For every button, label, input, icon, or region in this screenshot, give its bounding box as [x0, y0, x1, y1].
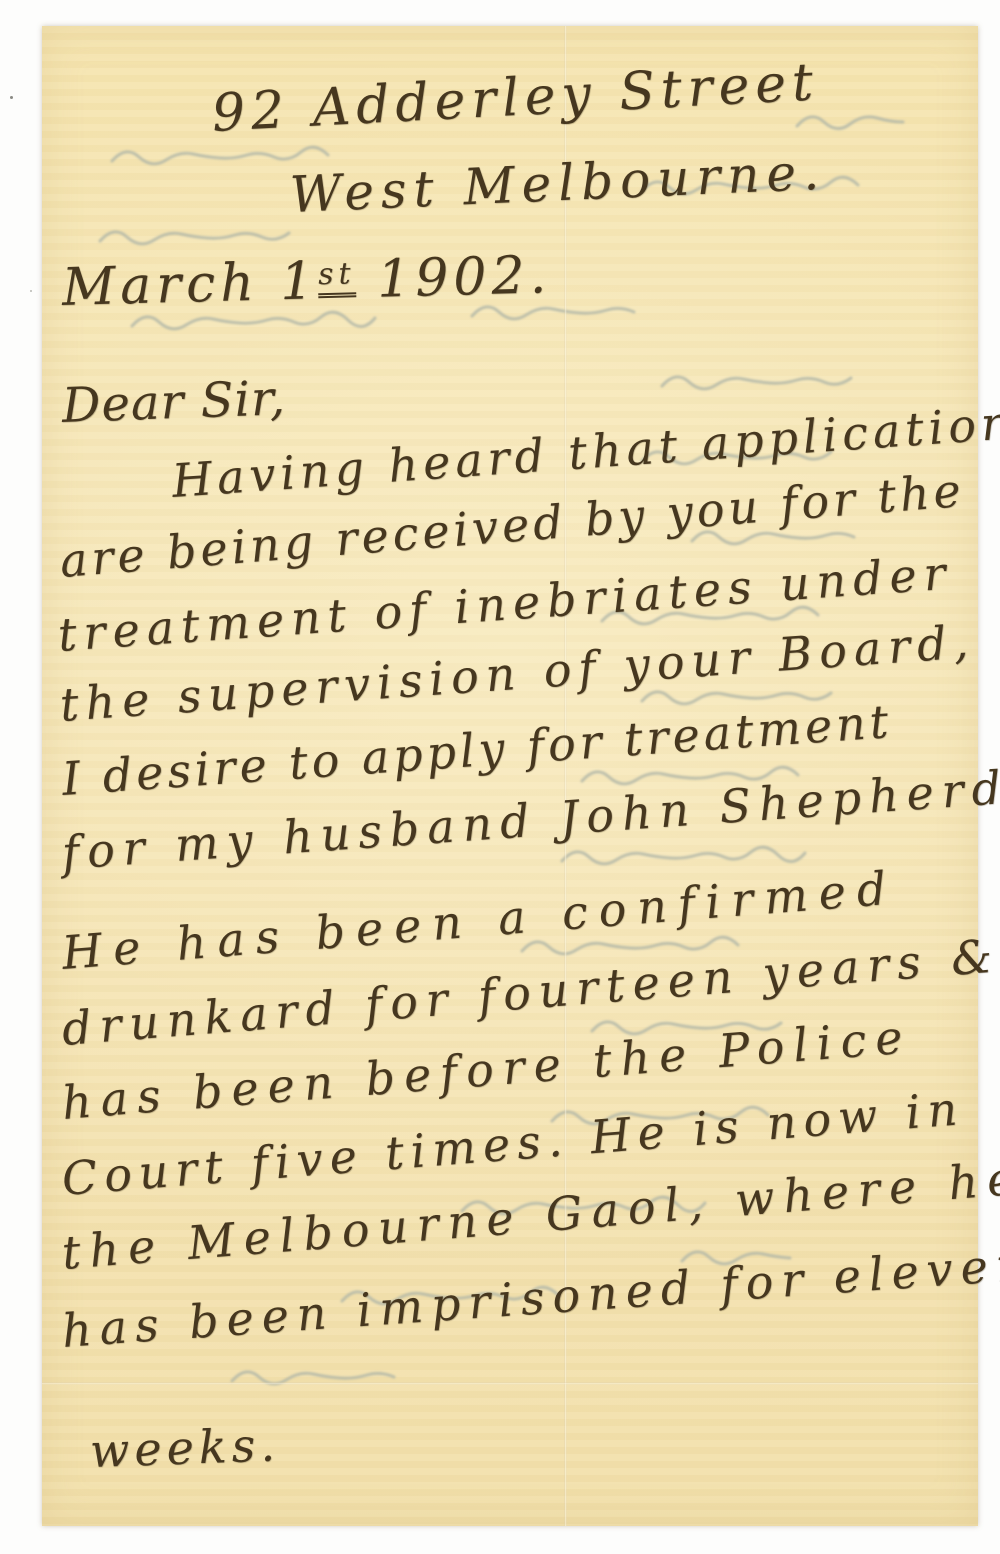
fold-crease-horizontal: [42, 1382, 978, 1385]
date-month-day: March 1: [61, 251, 319, 318]
salutation: Dear Sir,: [61, 370, 287, 434]
date-ordinal: st: [318, 256, 357, 298]
body-line: weeks.: [89, 1417, 281, 1478]
scan-speck: [30, 290, 32, 292]
date-year: 1902.: [355, 245, 552, 310]
letter-scan: 92 Adderley Street West Melbourne. March…: [0, 0, 1000, 1554]
scan-speck: [10, 96, 13, 99]
date-line: March 1st 1902.: [61, 245, 552, 318]
letter-paper: 92 Adderley Street West Melbourne. March…: [42, 26, 978, 1526]
